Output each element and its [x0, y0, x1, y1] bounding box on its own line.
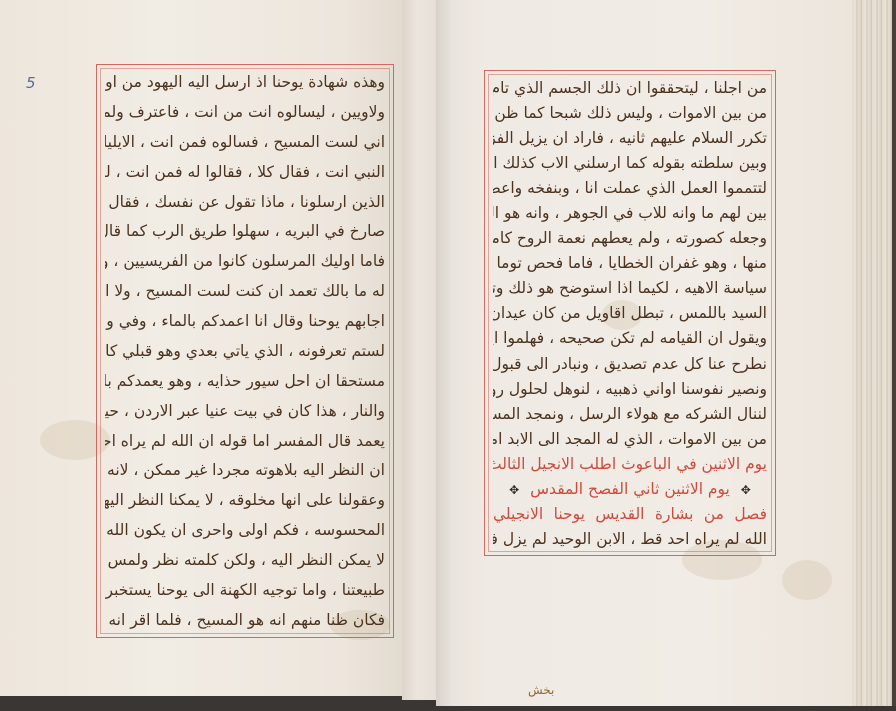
page-edges — [852, 0, 896, 706]
text-line: تكرر السلام عليهم ثانيه ، فاراد ان يزيل … — [493, 125, 767, 150]
text-line: وجعله كصورته ، ولم يعطهم نعمة الروح كامل… — [493, 225, 767, 250]
left-page: 5 وهذه شهادة يوحنا اذ ارسل اليه اليهود م… — [0, 0, 402, 696]
text-line: من بين الاموات ، وليس ذلك شبحا كما ظن قو… — [493, 100, 767, 125]
text-line: لستم تعرفونه ، الذي ياتي بعدي وهو قبلي ك… — [105, 338, 385, 364]
text-line: الذين ارسلونا ، ماذا تقول عن نفسك ، فقال… — [105, 189, 385, 215]
rubric-line: يوم الاثنين في الباعوث اطلب الانجيل الثا… — [493, 451, 767, 476]
text-line: يعمد قال المفسر اما قوله ان الله لم يراه… — [105, 428, 385, 454]
rubric-line: فصل من بشارة القديس يوحنا الانجيلي — [493, 501, 767, 526]
text-line: ويقول ان القيامه لم تكن صحيحه ، فهلموا ا… — [493, 325, 767, 350]
rubric-heading-text: يوم الاثنين ثاني الفصح المقدس — [530, 480, 730, 498]
text-line: مستحقا ان احل سيور حذايه ، وهو يعمدكم با… — [105, 368, 385, 394]
text-line: ان النظر اليه بلاهوته مجردا غير ممكن ، ل… — [105, 457, 385, 483]
text-line: وبين سلطته بقوله كما ارسلني الاب كذلك ان… — [493, 150, 767, 175]
text-line: ونصير نفوسنا اواني ذهبيه ، لنوهل لحلول ر… — [493, 376, 767, 401]
text-line: فكان ظنا منهم انه هو المسيح ، فلما اقر ا… — [105, 607, 385, 633]
left-text-block: وهذه شهادة يوحنا اذ ارسل اليه اليهود من … — [105, 69, 385, 633]
text-line: بين لهم ما وانه للاب في الجوهر ، وانه هو… — [493, 200, 767, 225]
text-line: نطرح عنا كل عدم تصديق ، ونبادر الى قبول … — [493, 351, 767, 376]
text-line: الله لم يراه احد قط ، الابن الوحيد لم يز… — [493, 526, 767, 551]
right-text-frame: من اجلنا ، ليتحققوا ان ذلك الجسم الذي تا… — [484, 70, 776, 556]
text-line: ولاويين ، ليسالوه انت من انت ، فاعترف ول… — [105, 99, 385, 125]
text-line: طبيعتنا ، واما توجيه الكهنة الى يوحنا يس… — [105, 577, 385, 603]
text-line: لا يمكن النظر اليه ، ولكن كلمته نظر ولمس… — [105, 547, 385, 573]
text-line: المحسوسه ، فكم اولى واحرى ان يكون الله ا… — [105, 517, 385, 543]
text-line: منها ، وهو غفران الخطايا ، فاما فحص توما… — [493, 250, 767, 275]
text-line: من اجلنا ، ليتحققوا ان ذلك الجسم الذي تا… — [493, 75, 767, 100]
open-manuscript: 5 وهذه شهادة يوحنا اذ ارسل اليه اليهود م… — [0, 0, 896, 711]
gutter-left — [402, 0, 436, 700]
rubric-heading: ✥ يوم الاثنين ثاني الفصح المقدس ✥ — [493, 476, 767, 501]
folio-number: 5 — [26, 74, 36, 92]
text-line: النبي انت ، فقال كلا ، فقالوا له فمن انت… — [105, 159, 385, 185]
text-line: وهذه شهادة يوحنا اذ ارسل اليه اليهود من … — [105, 69, 385, 95]
catchword: بخش — [528, 683, 554, 697]
right-text-block: من اجلنا ، ليتحققوا ان ذلك الجسم الذي تا… — [493, 75, 767, 551]
text-line: سياسة الاهيه ، لكيما اذا استوضح هو ذلك و… — [493, 275, 767, 300]
ornament-icon: ✥ — [741, 483, 751, 497]
text-line: لتتمموا العمل الذي عملت انا ، وبنفخه واع… — [493, 175, 767, 200]
left-text-frame: وهذه شهادة يوحنا اذ ارسل اليه اليهود من … — [96, 64, 394, 638]
text-line: له ما بالك تعمد ان كنت لست المسيح ، ولا … — [105, 278, 385, 304]
text-line: اني لست المسيح ، فسالوه فمن انت ، الايلي… — [105, 129, 385, 155]
text-line: السيد باللمس ، تبطل اقاويل من كان عيدان … — [493, 300, 767, 325]
text-line: من بين الاموات ، الذي له المجد الى الابد… — [493, 426, 767, 451]
text-line: والنار ، هذا كان في بيت عنيا عبر الاردن … — [105, 398, 385, 424]
ornament-icon: ✥ — [509, 483, 519, 497]
text-line: صارخ في البريه ، سهلوا طريق الرب كما قال… — [105, 218, 385, 244]
text-line: اجابهم يوحنا وقال انا اعمدكم بالماء ، وف… — [105, 308, 385, 334]
text-line: وعقولنا على انها مخلوقه ، لا يمكنا النظر… — [105, 487, 385, 513]
text-line: فاما اوليك المرسلون كانوا من الفريسيين ،… — [105, 248, 385, 274]
text-line: لننال الشركه مع هولاء الرسل ، ونمجد المس… — [493, 401, 767, 426]
gutter-right — [436, 0, 482, 706]
